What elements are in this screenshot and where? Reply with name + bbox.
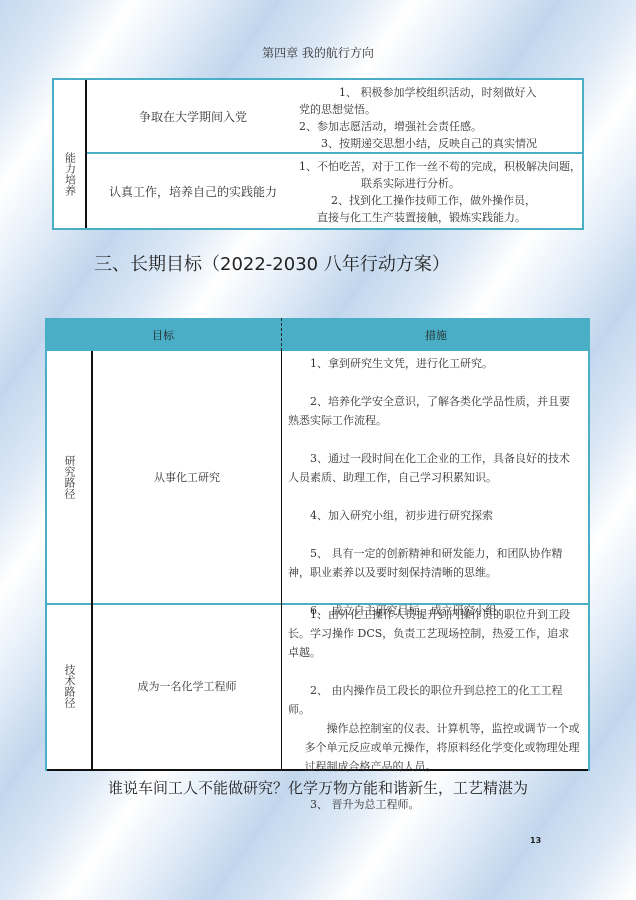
- measure-item: 4、加入研究小组，初步进行研究探索: [288, 506, 580, 525]
- measure-line: 联系实际进行分析。: [299, 175, 582, 192]
- goal-cell: 从事化工研究: [93, 351, 282, 603]
- goal-cell: 争取在大学期间入党: [87, 80, 299, 152]
- table-header: 目标 措施: [45, 318, 590, 351]
- measure-item: 5、 具有一定的创新精神和研发能力，和团队协作精神，职业素养以及要时刻保持清晰的…: [288, 544, 580, 582]
- table-row: 认真工作，培养自己的实践能力 1、不怕吃苦，对于工作一丝不苟的完成，积极解决问题…: [87, 154, 582, 228]
- measure-line: 1、 积极参加学校组织活动，时刻做好入: [299, 84, 582, 101]
- goal-cell: 认真工作，培养自己的实践能力: [87, 154, 299, 228]
- measures-cell: 1、 积极参加学校组织活动，时刻做好入 党的思想觉悟。 2、参加志愿活动，增强社…: [299, 80, 582, 152]
- measure-line: 2、参加志愿活动，增强社会责任感。: [299, 118, 582, 135]
- ability-category-label: 能力培养: [64, 112, 76, 196]
- measures-cell: 1、不怕吃苦，对于工作一丝不苟的完成，积极解决问题， 联系实际进行分析。 2、找…: [299, 154, 582, 228]
- table-body: 研究路径 从事化工研究 1、拿到研究生文凭，进行化工研究。 2、培养化学安全意识…: [45, 351, 590, 771]
- measure-item: 2、培养化学安全意识，了解各类化学品性质，并且要熟悉实际工作流程。: [288, 392, 580, 430]
- table-row: 争取在大学期间入党 1、 积极参加学校组织活动，时刻做好入 党的思想觉悟。 2、…: [87, 80, 582, 154]
- measure-item: 操作总控制室的仪表、计算机等，监控或调节一个或多个单元反应或单元操作，将原料经化…: [288, 719, 580, 776]
- measure-item: 2、 由内操作员工段长的职位升到总控工的化工工程师。: [288, 681, 580, 719]
- measure-line: 2、找到化工操作技师工作，做外操作员，: [299, 192, 582, 209]
- ability-category-cell: 能力培养: [54, 80, 87, 228]
- measures-cell: 1、拿到研究生文凭，进行化工研究。 2、培养化学安全意识，了解各类化学品性质，并…: [282, 351, 588, 603]
- goal-cell: 成为一名化学工程师: [93, 603, 282, 769]
- long-term-table: 目标 措施 研究路径 从事化工研究 1、拿到研究生文凭，进行化工研究。 2、培养…: [45, 318, 590, 771]
- measure-line: 党的思想觉悟。: [299, 101, 582, 118]
- page-header: 第四章 我的航行方向: [0, 44, 636, 61]
- category-cell: 研究路径: [47, 351, 93, 603]
- category-label: 技术路径: [63, 664, 75, 708]
- measure-line: 直接与化工生产装置接触，锻炼实践能力。: [299, 209, 582, 226]
- measure-line: 3、按期递交思想小结，反映自己的真实情况: [299, 135, 582, 152]
- page-number: 13: [530, 836, 541, 845]
- header-goal: 目标: [45, 318, 282, 351]
- measure-item: 1、拿到研究生文凭，进行化工研究。: [288, 354, 580, 373]
- category-cell: 技术路径: [47, 603, 93, 769]
- ability-table: 能力培养 争取在大学期间入党 1、 积极参加学校组织活动，时刻做好入 党的思想觉…: [52, 78, 584, 230]
- category-label: 研究路径: [63, 455, 75, 499]
- measures-cell: 1、由外化工操作人员提升到内操作员的职位升到工段长。学习操作 DCS，负责工艺现…: [282, 603, 588, 769]
- closing-text: 谁说车间工人不能做研究？化学万物方能和谐新生，工艺精湛为: [0, 777, 636, 798]
- header-measures: 措施: [282, 318, 590, 351]
- measure-item: 1、由外化工操作人员提升到内操作员的职位升到工段长。学习操作 DCS，负责工艺现…: [288, 605, 580, 662]
- table-row-research: 研究路径 从事化工研究 1、拿到研究生文凭，进行化工研究。 2、培养化学安全意识…: [47, 351, 588, 605]
- table-row-technical: 技术路径 成为一名化学工程师 1、由外化工操作人员提升到内操作员的职位升到工段长…: [47, 603, 588, 771]
- measure-line: 1、不怕吃苦，对于工作一丝不苟的完成，积极解决问题，: [299, 158, 582, 175]
- section-title: 三、长期目标（2022-2030 八年行动方案）: [94, 250, 450, 276]
- measure-item: 3、通过一段时间在化工企业的工作，具备良好的技术人员素质、助理工作，自己学习积累…: [288, 449, 580, 487]
